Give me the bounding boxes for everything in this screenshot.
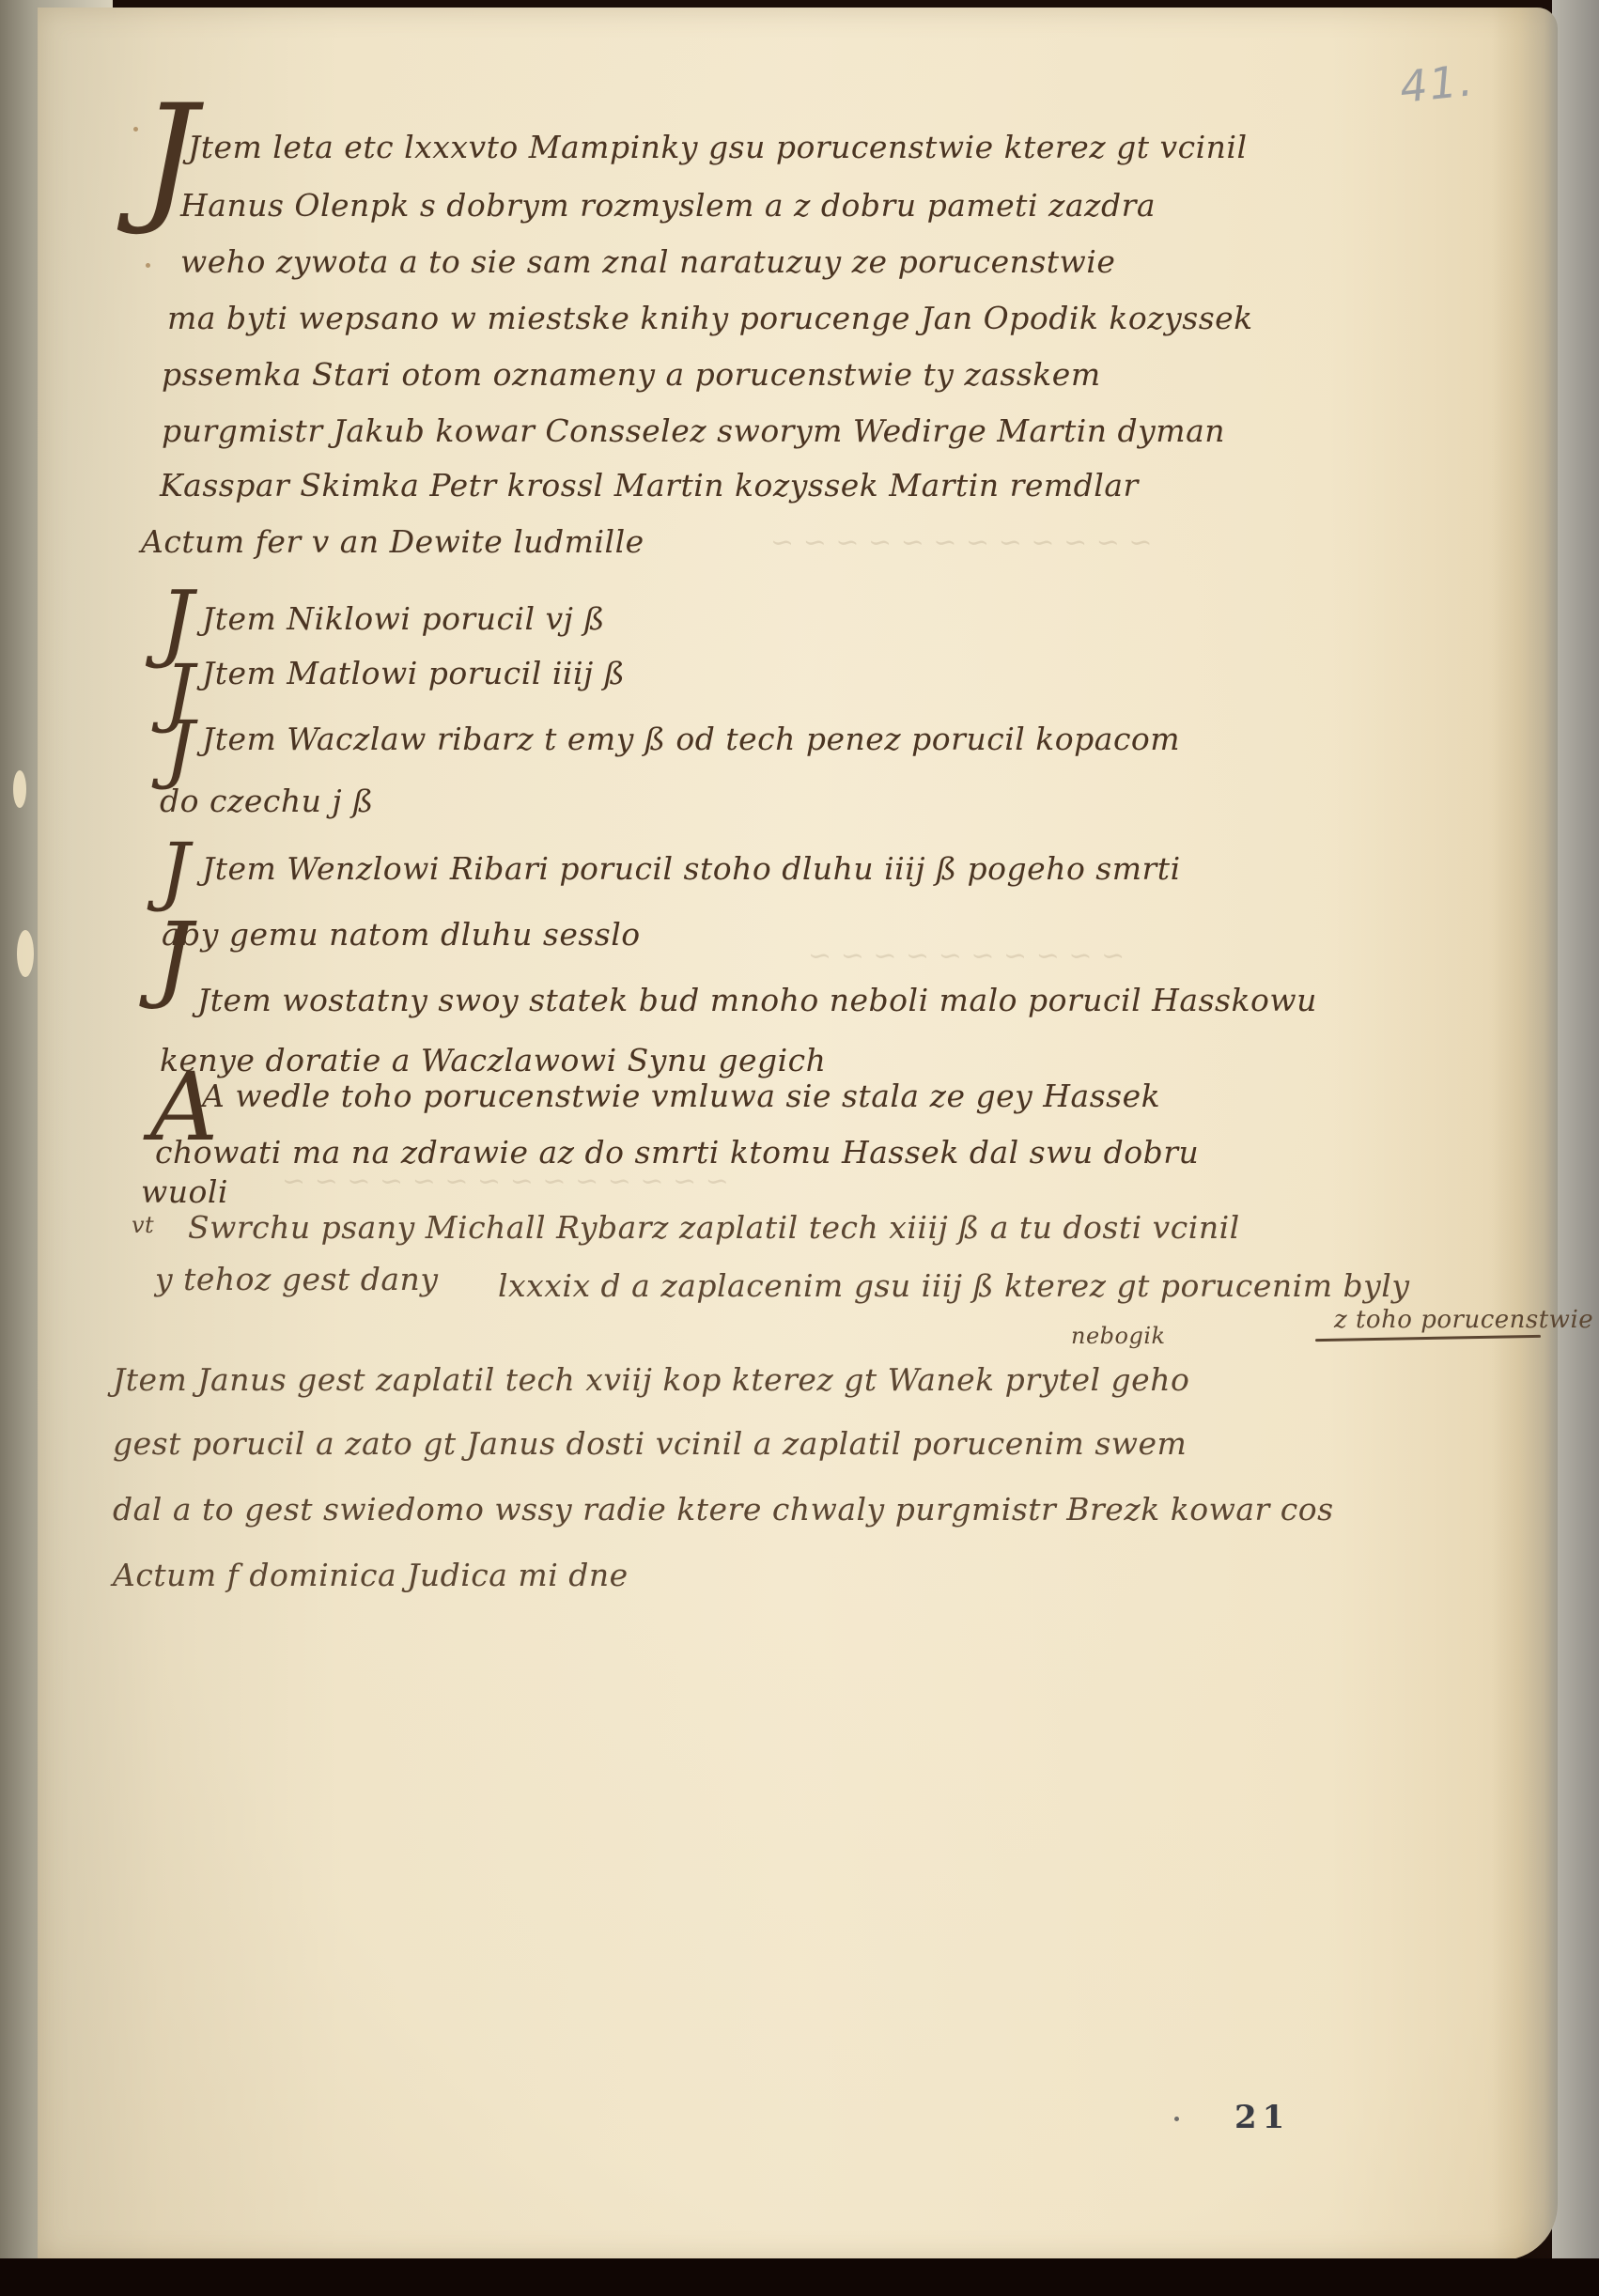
text-line: ma byti wepsano w miestske knihy porucen… — [167, 303, 1253, 334]
text-line: aby gemu natom dluhu sesslo — [162, 919, 641, 950]
text-line: Actum f dominica Judica mi dne — [113, 1559, 629, 1590]
text-line: Jtem leta etc lxxxvto Mampinky gsu poruc… — [188, 132, 1248, 163]
ink-speck — [133, 127, 138, 132]
manuscript-scan: ~ ~ ~ ~ ~ ~ ~ ~ ~ ~ ~ ~ ~ ~ ~ ~ ~ ~ ~ ~ … — [0, 0, 1599, 2296]
text-line: Swrchu psany Michall Rybarz zaplatil tec… — [188, 1212, 1240, 1243]
text-line: Hanus Olenpk s dobrym rozmyslem a z dobr… — [180, 190, 1156, 221]
decorated-initial: J — [164, 705, 194, 792]
text-line: Jtem Janus gest zaplatil tech xviij kop … — [113, 1364, 1189, 1395]
paper-stain — [13, 770, 26, 808]
text-line: wuoli — [141, 1176, 228, 1207]
interlinear-note: z toho porucenstwie — [1334, 1308, 1593, 1332]
text-line: A wedle toho porucenstwie vmluwa sie sta… — [202, 1080, 1160, 1111]
stamped-page-number: 21 — [1234, 2099, 1290, 2136]
binding-shadow-right — [1552, 0, 1599, 2264]
bleed-through-text: ~ ~ ~ ~ ~ ~ ~ ~ ~ ~ — [808, 939, 1125, 972]
text-line: Jtem Wenzlowi Ribari porucil stoho dluhu… — [202, 853, 1181, 884]
text-line: y tehoz gest dany — [155, 1264, 438, 1295]
text-line: weho zywota a to sie sam znal naratuzuy … — [180, 246, 1115, 277]
text-line: lxxxix d a zaplacenim gsu iiij ß kterez … — [498, 1270, 1409, 1301]
ink-speck — [1174, 2117, 1179, 2121]
text-line: pssemka Stari otom oznameny a porucenstw… — [162, 359, 1101, 390]
paper-stain — [17, 930, 34, 977]
text-line: Kasspar Skimka Petr krossl Martin kozyss… — [160, 470, 1139, 501]
interlinear-note: nebogik — [1071, 1325, 1166, 1347]
text-line: chowati ma na zdrawie az do smrti ktomu … — [155, 1137, 1199, 1168]
text-line: dal a to gest swiedomo wssy radie ktere … — [113, 1494, 1334, 1525]
text-line: Jtem Niklowi porucil vj ß — [202, 603, 605, 634]
text-line: gest porucil a zato gt Janus dosti vcini… — [113, 1428, 1187, 1459]
text-line: Actum fer v an Dewite ludmille — [141, 526, 644, 557]
page-worn-edge — [1492, 8, 1558, 2260]
folio-number: 41. — [1397, 54, 1476, 113]
text-line: do czechu j ß — [160, 785, 374, 816]
scan-background-bottom — [0, 2258, 1599, 2296]
bleed-through-text: ~ ~ ~ ~ ~ ~ ~ ~ ~ ~ ~ ~ — [770, 526, 1153, 559]
text-line: Jtem Matlowi porucil iiij ß — [202, 658, 625, 689]
margin-mark: vt — [132, 1214, 154, 1236]
text-line: Jtem wostatny swoy statek bud mnoho nebo… — [197, 985, 1317, 1016]
text-line: Jtem Waczlaw ribarz t emy ß od tech pene… — [202, 723, 1180, 754]
decorated-initial: J — [155, 902, 193, 1012]
ink-speck — [146, 263, 150, 268]
text-line: purgmistr Jakub kowar Consselez sworym W… — [162, 415, 1225, 446]
text-line: kenye doratie a Waczlawowi Synu gegich — [160, 1045, 826, 1076]
